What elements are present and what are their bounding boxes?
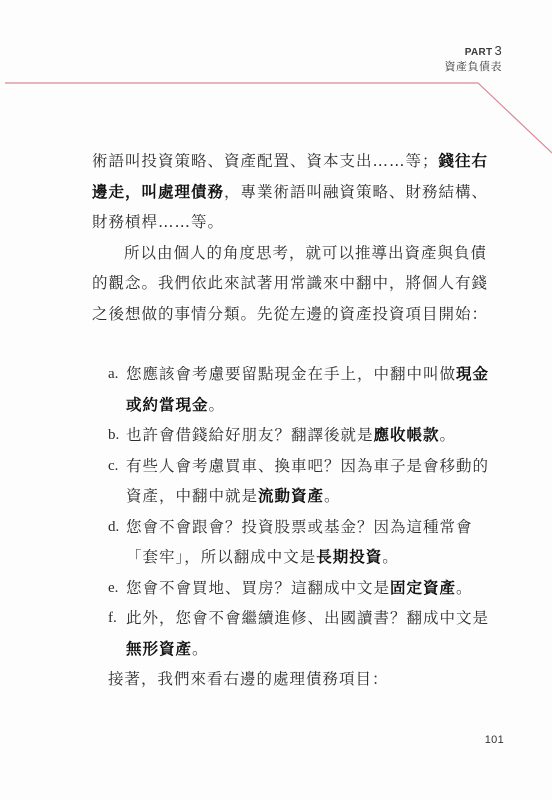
book-page: PART3 資產負債表 術語叫投資策略、資產配置、資本支出……等；錢往右邊走，叫… (0, 0, 552, 800)
paragraph-1: 術語叫投資策略、資產配置、資本支出……等；錢往右邊走，叫處理債務，專業術語叫融資… (92, 146, 490, 238)
list-item: d. 您會不會跟會？投資股票或基金？因為這種常會「套牢」，所以翻成中文是長期投資… (108, 512, 490, 573)
list-item-label: d. (108, 512, 126, 543)
list-item-body: 您會不會跟會？投資股票或基金？因為這種常會「套牢」，所以翻成中文是 (126, 518, 473, 567)
list-item-text: 有些人會考慮買車、換車吧？因為車子是會移動的資產，中翻中就是流動資產。 (126, 451, 490, 512)
chapter-title: 資產負債表 (445, 59, 503, 75)
list-item-end: 。 (456, 579, 473, 597)
running-header: PART3 資產負債表 (445, 44, 503, 75)
list-item-body: 您會不會買地、買房？這翻成中文是 (126, 579, 390, 597)
list-item-text: 您應該會考慮要留點現金在手上，中翻中叫做現金或約當現金。 (126, 359, 490, 420)
part-number: 3 (494, 43, 502, 58)
list-item-text: 您會不會買地、買房？這翻成中文是固定資產。 (126, 573, 490, 604)
body-text: 術語叫投資策略、資產配置、資本支出……等；錢往右邊走，叫處理債務，專業術語叫融資… (92, 146, 490, 695)
list-item-text: 也許會借錢給好朋友？翻譯後就是應收帳款。 (126, 420, 490, 451)
list-item: a. 您應該會考慮要留點現金在手上，中翻中叫做現金或約當現金。 (108, 359, 490, 420)
list-item-body: 此外，您會不會繼續進修、出國讀書？翻成中文是 (126, 609, 489, 627)
list-item: e. 您會不會買地、買房？這翻成中文是固定資產。 (108, 573, 490, 604)
list-item-end: 。 (192, 640, 209, 658)
list-item-end: 。 (209, 396, 226, 414)
list-item-term: 固定資產 (390, 579, 456, 597)
closing-paragraph: 接著，我們來看右邊的處理債務項目： (92, 664, 490, 695)
list-item-label: e. (108, 573, 126, 604)
part-text: PART (465, 47, 493, 58)
list-item: f. 此外，您會不會繼續進修、出國讀書？翻成中文是無形資產。 (108, 603, 490, 664)
list-item-label: a. (108, 359, 126, 390)
page-number: 101 (485, 734, 504, 746)
list-item-label: f. (108, 603, 126, 634)
paragraph-1-text-a: 術語叫投資策略、資產配置、資本支出……等； (92, 152, 439, 170)
list-item: b. 也許會借錢給好朋友？翻譯後就是應收帳款。 (108, 420, 490, 451)
asset-list: a. 您應該會考慮要留點現金在手上，中翻中叫做現金或約當現金。 b. 也許會借錢… (92, 359, 490, 664)
part-label: PART3 (445, 44, 503, 59)
list-item-end: 。 (382, 548, 399, 566)
list-item-label: c. (108, 451, 126, 482)
list-item-body: 您應該會考慮要留點現金在手上，中翻中叫做 (126, 365, 456, 383)
list-item-term: 無形資產 (126, 640, 192, 658)
list-item-term: 應收帳款 (374, 426, 440, 444)
list-item-label: b. (108, 420, 126, 451)
list-item-term: 長期投資 (316, 548, 382, 566)
paragraph-2: 所以由個人的角度思考，就可以推導出資產與負債的觀念。我們依此來試著用常識來中翻中… (92, 238, 490, 330)
list-item-end: 。 (440, 426, 457, 444)
list-item-text: 您會不會跟會？投資股票或基金？因為這種常會「套牢」，所以翻成中文是長期投資。 (126, 512, 490, 573)
list-item-end: 。 (324, 487, 341, 505)
list-item-body: 也許會借錢給好朋友？翻譯後就是 (126, 426, 374, 444)
list-item-term: 流動資產 (258, 487, 324, 505)
list-item: c. 有些人會考慮買車、換車吧？因為車子是會移動的資產，中翻中就是流動資產。 (108, 451, 490, 512)
list-item-text: 此外，您會不會繼續進修、出國讀書？翻成中文是無形資產。 (126, 603, 490, 664)
